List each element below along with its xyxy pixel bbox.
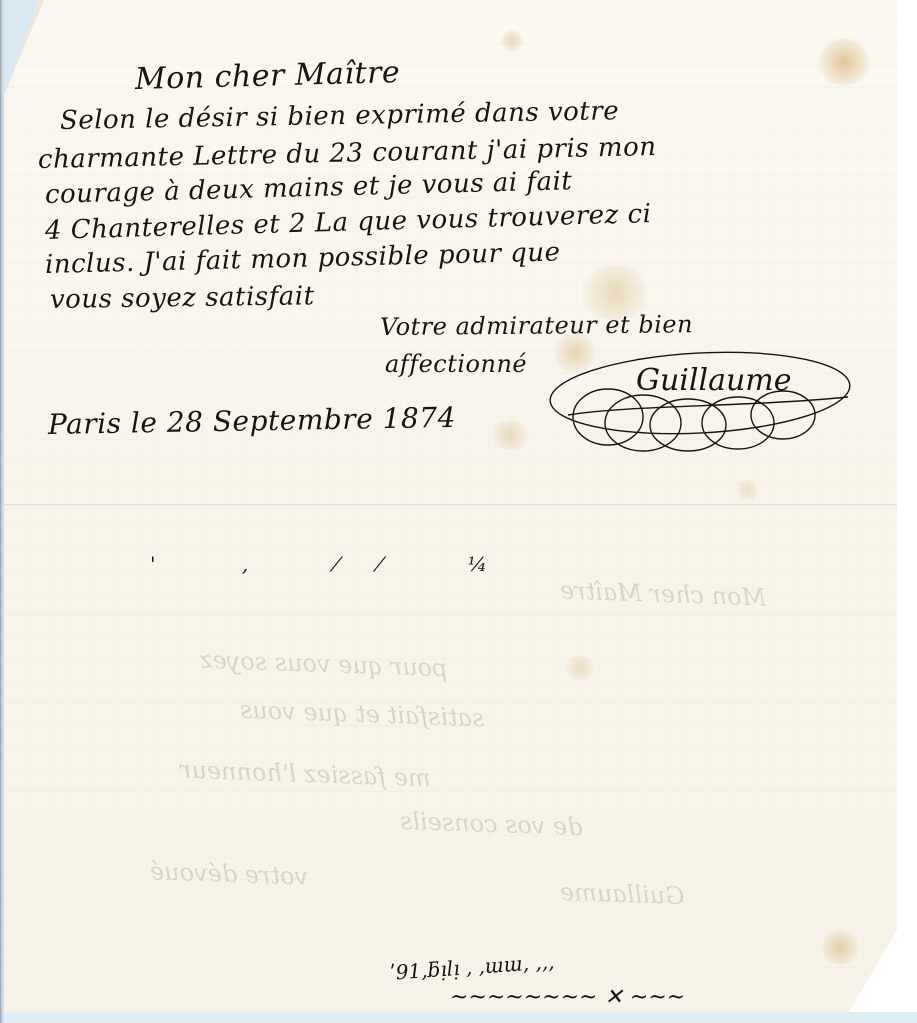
closing-line: affectionné bbox=[385, 350, 527, 378]
stain bbox=[565, 655, 595, 680]
signature-flourish: Guillaume bbox=[548, 345, 853, 455]
body-line: vous soyez satisfait bbox=[50, 281, 315, 315]
stain bbox=[818, 38, 870, 86]
ink-marks: ' , ⁄⁄ ¼ bbox=[150, 552, 527, 576]
salutation: Mon cher Maître bbox=[135, 55, 401, 97]
bleed-through-text: Guillaume bbox=[560, 878, 685, 910]
signature: Guillaume bbox=[636, 363, 791, 398]
closing-line: Votre admirateur et bien bbox=[380, 310, 693, 341]
stain bbox=[820, 930, 860, 965]
bleed-through-text: votre dévoué bbox=[150, 857, 309, 891]
fold-crease bbox=[4, 504, 897, 506]
flourish-icon bbox=[548, 345, 853, 455]
stain bbox=[735, 480, 760, 500]
stain bbox=[500, 30, 524, 52]
stain bbox=[490, 420, 530, 450]
scan-background bbox=[4, 1012, 917, 1023]
ink-scrawl: ~~~~~~~~ ✕ ~~~ bbox=[450, 985, 685, 1010]
